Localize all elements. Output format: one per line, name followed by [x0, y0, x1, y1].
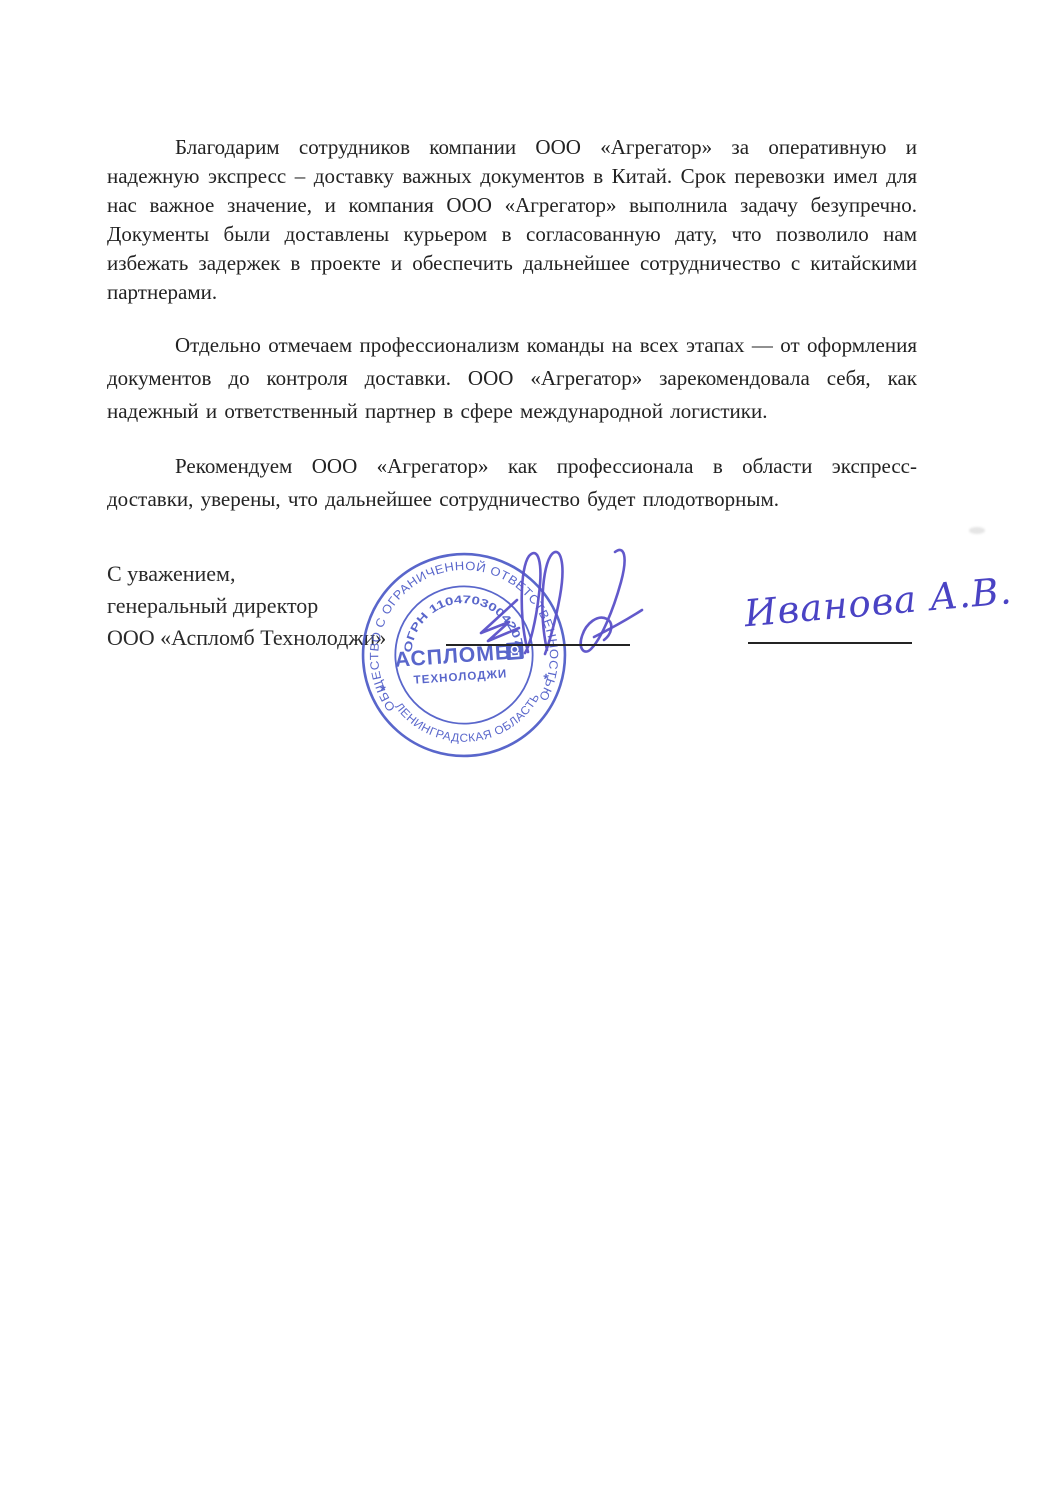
- paragraph-recommendation: Рекомендуем ООО «Агрегатор» как професси…: [107, 450, 917, 516]
- handwritten-name: Иванова А.В.: [743, 572, 986, 636]
- scan-speck: [969, 527, 985, 534]
- closing-company: ООО «Аспломб Технолоджи»: [107, 622, 386, 654]
- signature-underline: [446, 644, 630, 646]
- letter-page: Благодарим сотрудников компании ООО «Агр…: [0, 0, 1058, 1495]
- paragraph-thanks: Благодарим сотрудников компании ООО «Агр…: [107, 133, 917, 307]
- closing-regards: С уважением,: [107, 558, 386, 590]
- closing-block: С уважением, генеральный директор ООО «А…: [107, 558, 386, 654]
- letter-body: Благодарим сотрудников компании ООО «Агр…: [107, 133, 917, 516]
- name-underline: [748, 642, 912, 644]
- stamp-ring-text-bottom: ЛЕНИНГРАДСКАЯ ОБЛАСТЬ: [392, 690, 546, 750]
- paragraph-professionalism: Отдельно отмечаем профессионализм команд…: [107, 329, 917, 428]
- closing-title: генеральный директор: [107, 590, 386, 622]
- director-signature-icon: [438, 540, 660, 675]
